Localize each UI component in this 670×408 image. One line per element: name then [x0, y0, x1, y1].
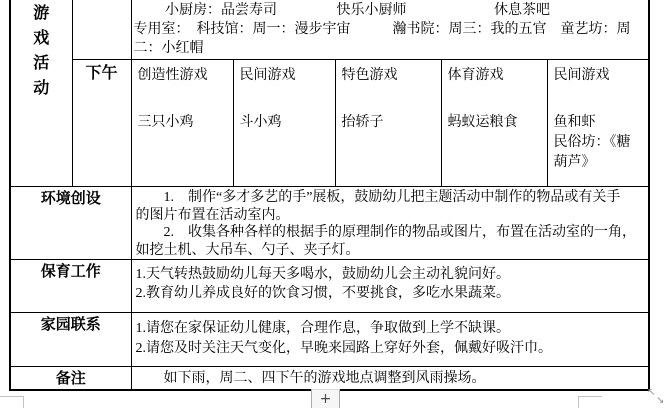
insert-plus-button[interactable]: +	[311, 389, 340, 408]
cell-afternoon-label[interactable]: 下午	[72, 60, 131, 187]
cell-label-care[interactable]: 保育工作	[10, 260, 131, 313]
row-content: 1.天气转热鼓励幼儿每天多喝水，鼓励幼儿会主动礼貌问好。 2.教育幼儿养成良好的…	[132, 260, 649, 303]
cell-label-note[interactable]: 备注	[10, 367, 131, 390]
page-margin-corner-mark	[0, 396, 24, 408]
cell-game-2[interactable]: 民间游戏 斗小鸡	[233, 60, 335, 187]
weekly-plan-table: 游 戏 活 动 小厨房：品尝寿司 快乐小厨师 休息茶吧 专用室： 科技馆：周一：…	[9, 0, 650, 391]
cell-content-home[interactable]: 1.请您在家保证幼儿健康，合理作息，争取做到上学不缺课。 2.请您及时关注天气变…	[131, 313, 649, 367]
game-name: 抬轿子	[336, 113, 441, 133]
cell-label-home[interactable]: 家园联系	[10, 313, 131, 367]
game-name: 蚂蚁运粮食	[442, 113, 547, 133]
game-category: 民间游戏	[234, 60, 335, 84]
vertical-section-label: 游 戏 活 动	[11, 0, 72, 101]
cell-empty-spacer[interactable]	[72, 0, 131, 60]
cell-section-games[interactable]: 游 戏 活 动	[10, 0, 72, 187]
vertical-label-char: 游	[11, 1, 72, 26]
game-category: 体育游戏	[442, 60, 547, 84]
game-category: 特色游戏	[336, 60, 441, 84]
document-page: 游 戏 活 动 小厨房：品尝寿司 快乐小厨师 休息茶吧 专用室： 科技馆：周一：…	[0, 0, 670, 408]
vertical-label-char: 戏	[11, 26, 72, 51]
table-resize-handle[interactable]: ↖ ↘	[645, 386, 668, 407]
row-content: 1.请您在家保证幼儿健康，合理作息，争取做到上学不缺课。 2.请您及时关注天气变…	[132, 313, 649, 359]
row-content: 1. 制作“多才多艺的手”展板，鼓励幼儿把主题活动中制作的物品或有关手 的图片布…	[132, 187, 649, 259]
row-label: 备注	[56, 371, 86, 387]
row-label: 保育工作	[41, 264, 101, 280]
row-content: 如下雨，周二、四下午的游戏地点调整到风雨操场。	[132, 367, 649, 388]
cell-content-care[interactable]: 1.天气转热鼓励幼儿每天多喝水，鼓励幼儿会主动礼貌问好。 2.教育幼儿养成良好的…	[131, 260, 649, 313]
cell-content-environment[interactable]: 1. 制作“多才多艺的手”展板，鼓励幼儿把主题活动中制作的物品或有关手 的图片布…	[131, 187, 649, 260]
vertical-label-char: 动	[11, 76, 72, 101]
page-margin-corner-mark	[578, 396, 602, 408]
row-label: 环境创设	[41, 191, 101, 207]
cell-content-note[interactable]: 如下雨，周二、四下午的游戏地点调整到风雨操场。	[131, 367, 649, 390]
cell-game-4[interactable]: 体育游戏 蚂蚁运粮食	[441, 60, 547, 187]
resize-arrow-se-icon: ↘	[656, 395, 664, 406]
resize-arrow-nw-icon: ↖	[647, 387, 655, 398]
cell-game-1[interactable]: 创造性游戏 三只小鸡	[131, 60, 233, 187]
row-label: 家园联系	[41, 317, 101, 333]
vertical-label-char: 活	[11, 51, 72, 76]
game-category: 民间游戏	[548, 60, 649, 84]
special-rooms-text: 小厨房：品尝寿司 快乐小厨师 休息茶吧 专用室： 科技馆：周一：漫步宇宙 瀚书院…	[132, 0, 649, 59]
plus-icon: +	[320, 391, 332, 407]
afternoon-label: 下午	[85, 65, 117, 82]
game-name: 三只小鸡	[132, 113, 233, 133]
cell-game-5[interactable]: 民间游戏 鱼和虾 民俗坊：《糖 葫芦》	[547, 60, 649, 187]
cell-game-3[interactable]: 特色游戏 抬轿子	[335, 60, 441, 187]
game-category: 创造性游戏	[132, 60, 233, 84]
game-name: 斗小鸡	[234, 113, 335, 133]
cell-special-rooms[interactable]: 小厨房：品尝寿司 快乐小厨师 休息茶吧 专用室： 科技馆：周一：漫步宇宙 瀚书院…	[131, 0, 649, 60]
cell-label-environment[interactable]: 环境创设	[10, 187, 131, 260]
game-name: 鱼和虾 民俗坊：《糖 葫芦》	[548, 113, 649, 173]
